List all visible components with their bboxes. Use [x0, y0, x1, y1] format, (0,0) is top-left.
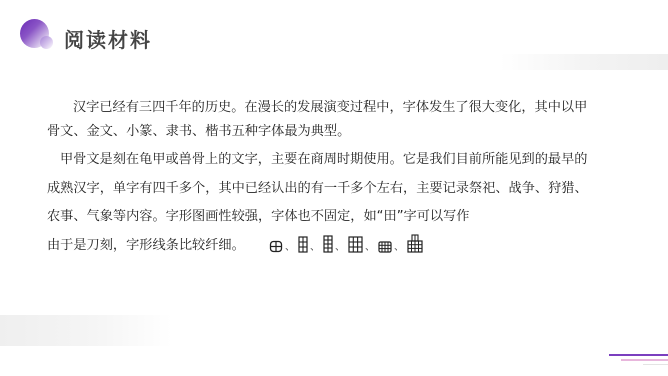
paragraph-1-line-1: 汉字已经有三四千年的历史。在漫长的发展演变过程中，字体发生了很大变化，其中以甲 — [47, 96, 607, 120]
slide: 阅读材料 汉字已经有三四千年的历史。在漫长的发展演变过程中，字体发生了很大变化，… — [0, 0, 668, 376]
oracle-tian-variant-6-icon — [407, 234, 423, 253]
page-title: 阅读材料 — [64, 26, 152, 54]
oracle-tian-variant-4-icon — [348, 236, 363, 253]
decorative-gradient-bar-top — [500, 54, 668, 70]
oracle-tian-variant-5-icon — [378, 241, 392, 253]
oracle-tian-variants: 、 、 、 — [269, 234, 425, 253]
paragraph-1-line-2: 骨文、金文、小篆、隶书、楷书五种字体最为典型。 — [47, 120, 607, 144]
paragraph-2-line-4-text: 由于是刀刻，字形线条比较纤细。 — [47, 238, 245, 253]
reading-passage: 汉字已经有三四千年的历史。在漫长的发展演变过程中，字体发生了很大变化，其中以甲 … — [47, 96, 607, 257]
oracle-tian-variant-3-icon — [323, 235, 333, 253]
oracle-tian-variant-2-icon — [298, 236, 308, 253]
oracle-tian-variant-1-icon — [269, 240, 283, 253]
decorative-line-pink — [621, 359, 668, 361]
paragraph-2-line-1: 甲骨文是刻在龟甲或兽骨上的文字，主要在商周时期使用。它是我们目前所能见到的最早的 — [47, 148, 607, 172]
title-orb-small-icon — [40, 36, 53, 49]
decorative-gradient-bar-bottom — [0, 315, 172, 346]
oracle-separator: 、 — [394, 243, 404, 253]
paragraph-2-line-3: 农事、气象等内容。字形图画性较强，字体也不固定，如“田”字可以写作 — [47, 205, 607, 229]
decorative-line-gray — [643, 364, 668, 365]
oracle-separator: 、 — [335, 243, 345, 253]
oracle-separator: 、 — [285, 243, 295, 253]
paragraph-2-line-2: 成熟汉字，单字有四千多个，其中已经认出的有一千多个左右，主要记录祭祀、战争、狩猎… — [47, 177, 607, 201]
oracle-separator: 、 — [310, 243, 320, 253]
paragraph-2-line-4: 由于是刀刻，字形线条比较纤细。 、 、 — [47, 234, 607, 258]
oracle-separator: 、 — [365, 243, 375, 253]
decorative-line-purple — [609, 354, 668, 356]
